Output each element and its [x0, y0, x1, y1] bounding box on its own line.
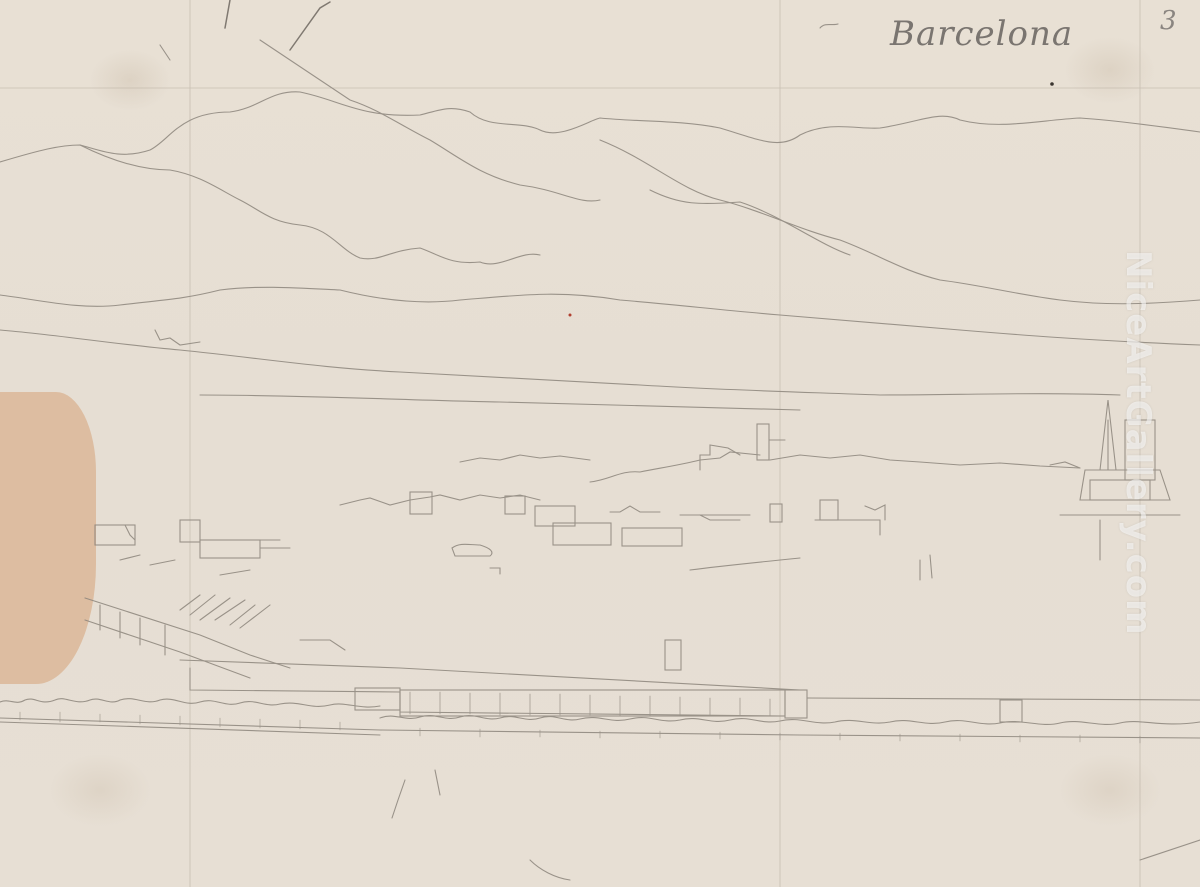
barcelona-inscription: Barcelona: [890, 14, 1073, 54]
pencil-sketch: [0, 0, 1200, 887]
grid-lines: [0, 0, 1200, 887]
page-number: 3: [1160, 6, 1177, 36]
watermark: NiceArtGallery.com: [1118, 250, 1158, 636]
drawing-sheet: Barcelona 3 NiceArtGallery.com: [0, 0, 1200, 887]
